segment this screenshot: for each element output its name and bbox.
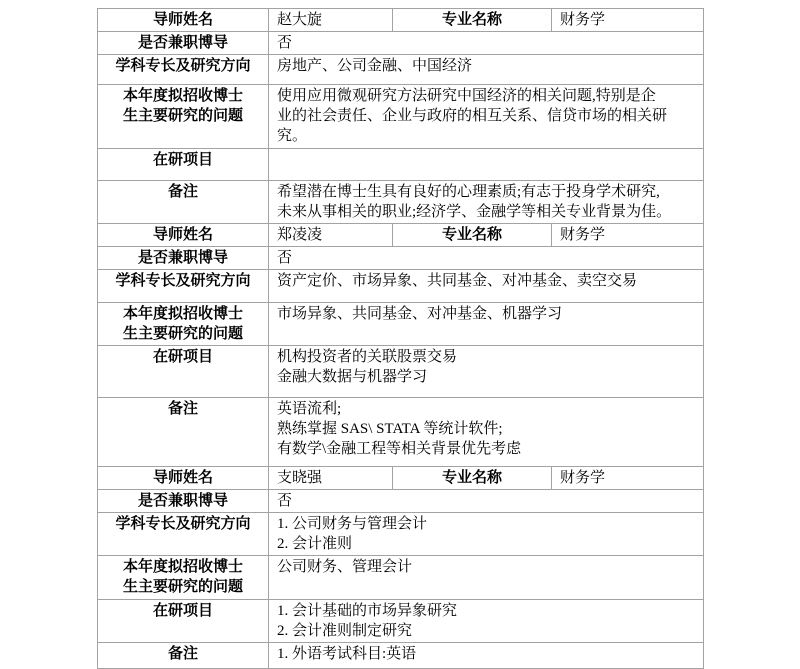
advisor3-projects-row: 在研项目 1. 会计基础的市场异象研究 2. 会计准则制定研究 — [98, 600, 704, 643]
advisor1-notes-row: 备注 希望潜在博士生具有良好的心理素质;有志于投身学术研究, 未来从事相关的职业… — [98, 181, 704, 224]
remarks-value: 英语流利; 熟练掌握 SAS\ STATA 等统计软件; 有数学\金融工程等相关… — [269, 398, 704, 467]
expertise-direction-value: 房地产、公司金融、中国经济 — [269, 55, 704, 85]
expertise-direction-value: 1. 公司财务与管理会计 2. 会计准则 — [269, 513, 704, 556]
remarks-label: 备注 — [98, 398, 269, 467]
advisor3-parttime-row: 是否兼职博导 否 — [98, 490, 704, 513]
advisor2-expertise-row: 学科专长及研究方向 资产定价、市场异象、共同基金、对冲基金、卖空交易 — [98, 270, 704, 303]
advisor1-name-row: 导师姓名 赵大旋 专业名称 财务学 — [98, 9, 704, 32]
advisor-info-table: 导师姓名 赵大旋 专业名称 财务学 是否兼职博导 否 学科专长及研究方向 房地产… — [97, 8, 704, 669]
research-topics-value: 市场异象、共同基金、对冲基金、机器学习 — [269, 303, 704, 346]
advisor-name-value: 支晓强 — [269, 467, 393, 490]
advisor3-expertise-row: 学科专长及研究方向 1. 公司财务与管理会计 2. 会计准则 — [98, 513, 704, 556]
ongoing-projects-label: 在研项目 — [98, 346, 269, 398]
ongoing-projects-label: 在研项目 — [98, 600, 269, 643]
parttime-supervisor-value: 否 — [269, 490, 704, 513]
ongoing-projects-label: 在研项目 — [98, 149, 269, 181]
expertise-direction-label: 学科专长及研究方向 — [98, 513, 269, 556]
remarks-value: 希望潜在博士生具有良好的心理素质;有志于投身学术研究, 未来从事相关的职业;经济… — [269, 181, 704, 224]
remarks-label: 备注 — [98, 181, 269, 224]
major-name-value: 财务学 — [552, 467, 704, 490]
remarks-label: 备注 — [98, 643, 269, 669]
major-name-label: 专业名称 — [393, 467, 552, 490]
ongoing-projects-value: 机构投资者的关联股票交易 金融大数据与机器学习 — [269, 346, 704, 398]
ongoing-projects-value — [269, 149, 704, 181]
research-topics-label: 本年度拟招收博士 生主要研究的问题 — [98, 85, 269, 149]
advisor2-parttime-row: 是否兼职博导 否 — [98, 247, 704, 270]
research-topics-label: 本年度拟招收博士 生主要研究的问题 — [98, 303, 269, 346]
parttime-supervisor-label: 是否兼职博导 — [98, 32, 269, 55]
advisor1-projects-row: 在研项目 — [98, 149, 704, 181]
advisor2-research-row: 本年度拟招收博士 生主要研究的问题 市场异象、共同基金、对冲基金、机器学习 — [98, 303, 704, 346]
advisor-name-label: 导师姓名 — [98, 224, 269, 247]
major-name-label: 专业名称 — [393, 224, 552, 247]
advisor2-name-row: 导师姓名 郑凌凌 专业名称 财务学 — [98, 224, 704, 247]
advisor-name-value: 郑凌凌 — [269, 224, 393, 247]
parttime-supervisor-value: 否 — [269, 32, 704, 55]
advisor1-parttime-row: 是否兼职博导 否 — [98, 32, 704, 55]
advisor-name-label: 导师姓名 — [98, 467, 269, 490]
ongoing-projects-value: 1. 会计基础的市场异象研究 2. 会计准则制定研究 — [269, 600, 704, 643]
parttime-supervisor-value: 否 — [269, 247, 704, 270]
major-name-label: 专业名称 — [393, 9, 552, 32]
research-topics-value: 公司财务、管理会计 — [269, 556, 704, 600]
advisor2-projects-row: 在研项目 机构投资者的关联股票交易 金融大数据与机器学习 — [98, 346, 704, 398]
advisor-name-value: 赵大旋 — [269, 9, 393, 32]
expertise-direction-label: 学科专长及研究方向 — [98, 55, 269, 85]
parttime-supervisor-label: 是否兼职博导 — [98, 247, 269, 270]
expertise-direction-label: 学科专长及研究方向 — [98, 270, 269, 303]
advisor3-research-row: 本年度拟招收博士 生主要研究的问题 公司财务、管理会计 — [98, 556, 704, 600]
remarks-value: 1. 外语考试科目:英语 — [269, 643, 704, 669]
research-topics-label: 本年度拟招收博士 生主要研究的问题 — [98, 556, 269, 600]
research-topics-value: 使用应用微观研究方法研究中国经济的相关问题,特别是企 业的社会责任、企业与政府的… — [269, 85, 704, 149]
expertise-direction-value: 资产定价、市场异象、共同基金、对冲基金、卖空交易 — [269, 270, 704, 303]
advisor1-research-row: 本年度拟招收博士 生主要研究的问题 使用应用微观研究方法研究中国经济的相关问题,… — [98, 85, 704, 149]
major-name-value: 财务学 — [552, 224, 704, 247]
advisor3-name-row: 导师姓名 支晓强 专业名称 财务学 — [98, 467, 704, 490]
advisor-name-label: 导师姓名 — [98, 9, 269, 32]
major-name-value: 财务学 — [552, 9, 704, 32]
advisor2-notes-row: 备注 英语流利; 熟练掌握 SAS\ STATA 等统计软件; 有数学\金融工程… — [98, 398, 704, 467]
advisor1-expertise-row: 学科专长及研究方向 房地产、公司金融、中国经济 — [98, 55, 704, 85]
parttime-supervisor-label: 是否兼职博导 — [98, 490, 269, 513]
